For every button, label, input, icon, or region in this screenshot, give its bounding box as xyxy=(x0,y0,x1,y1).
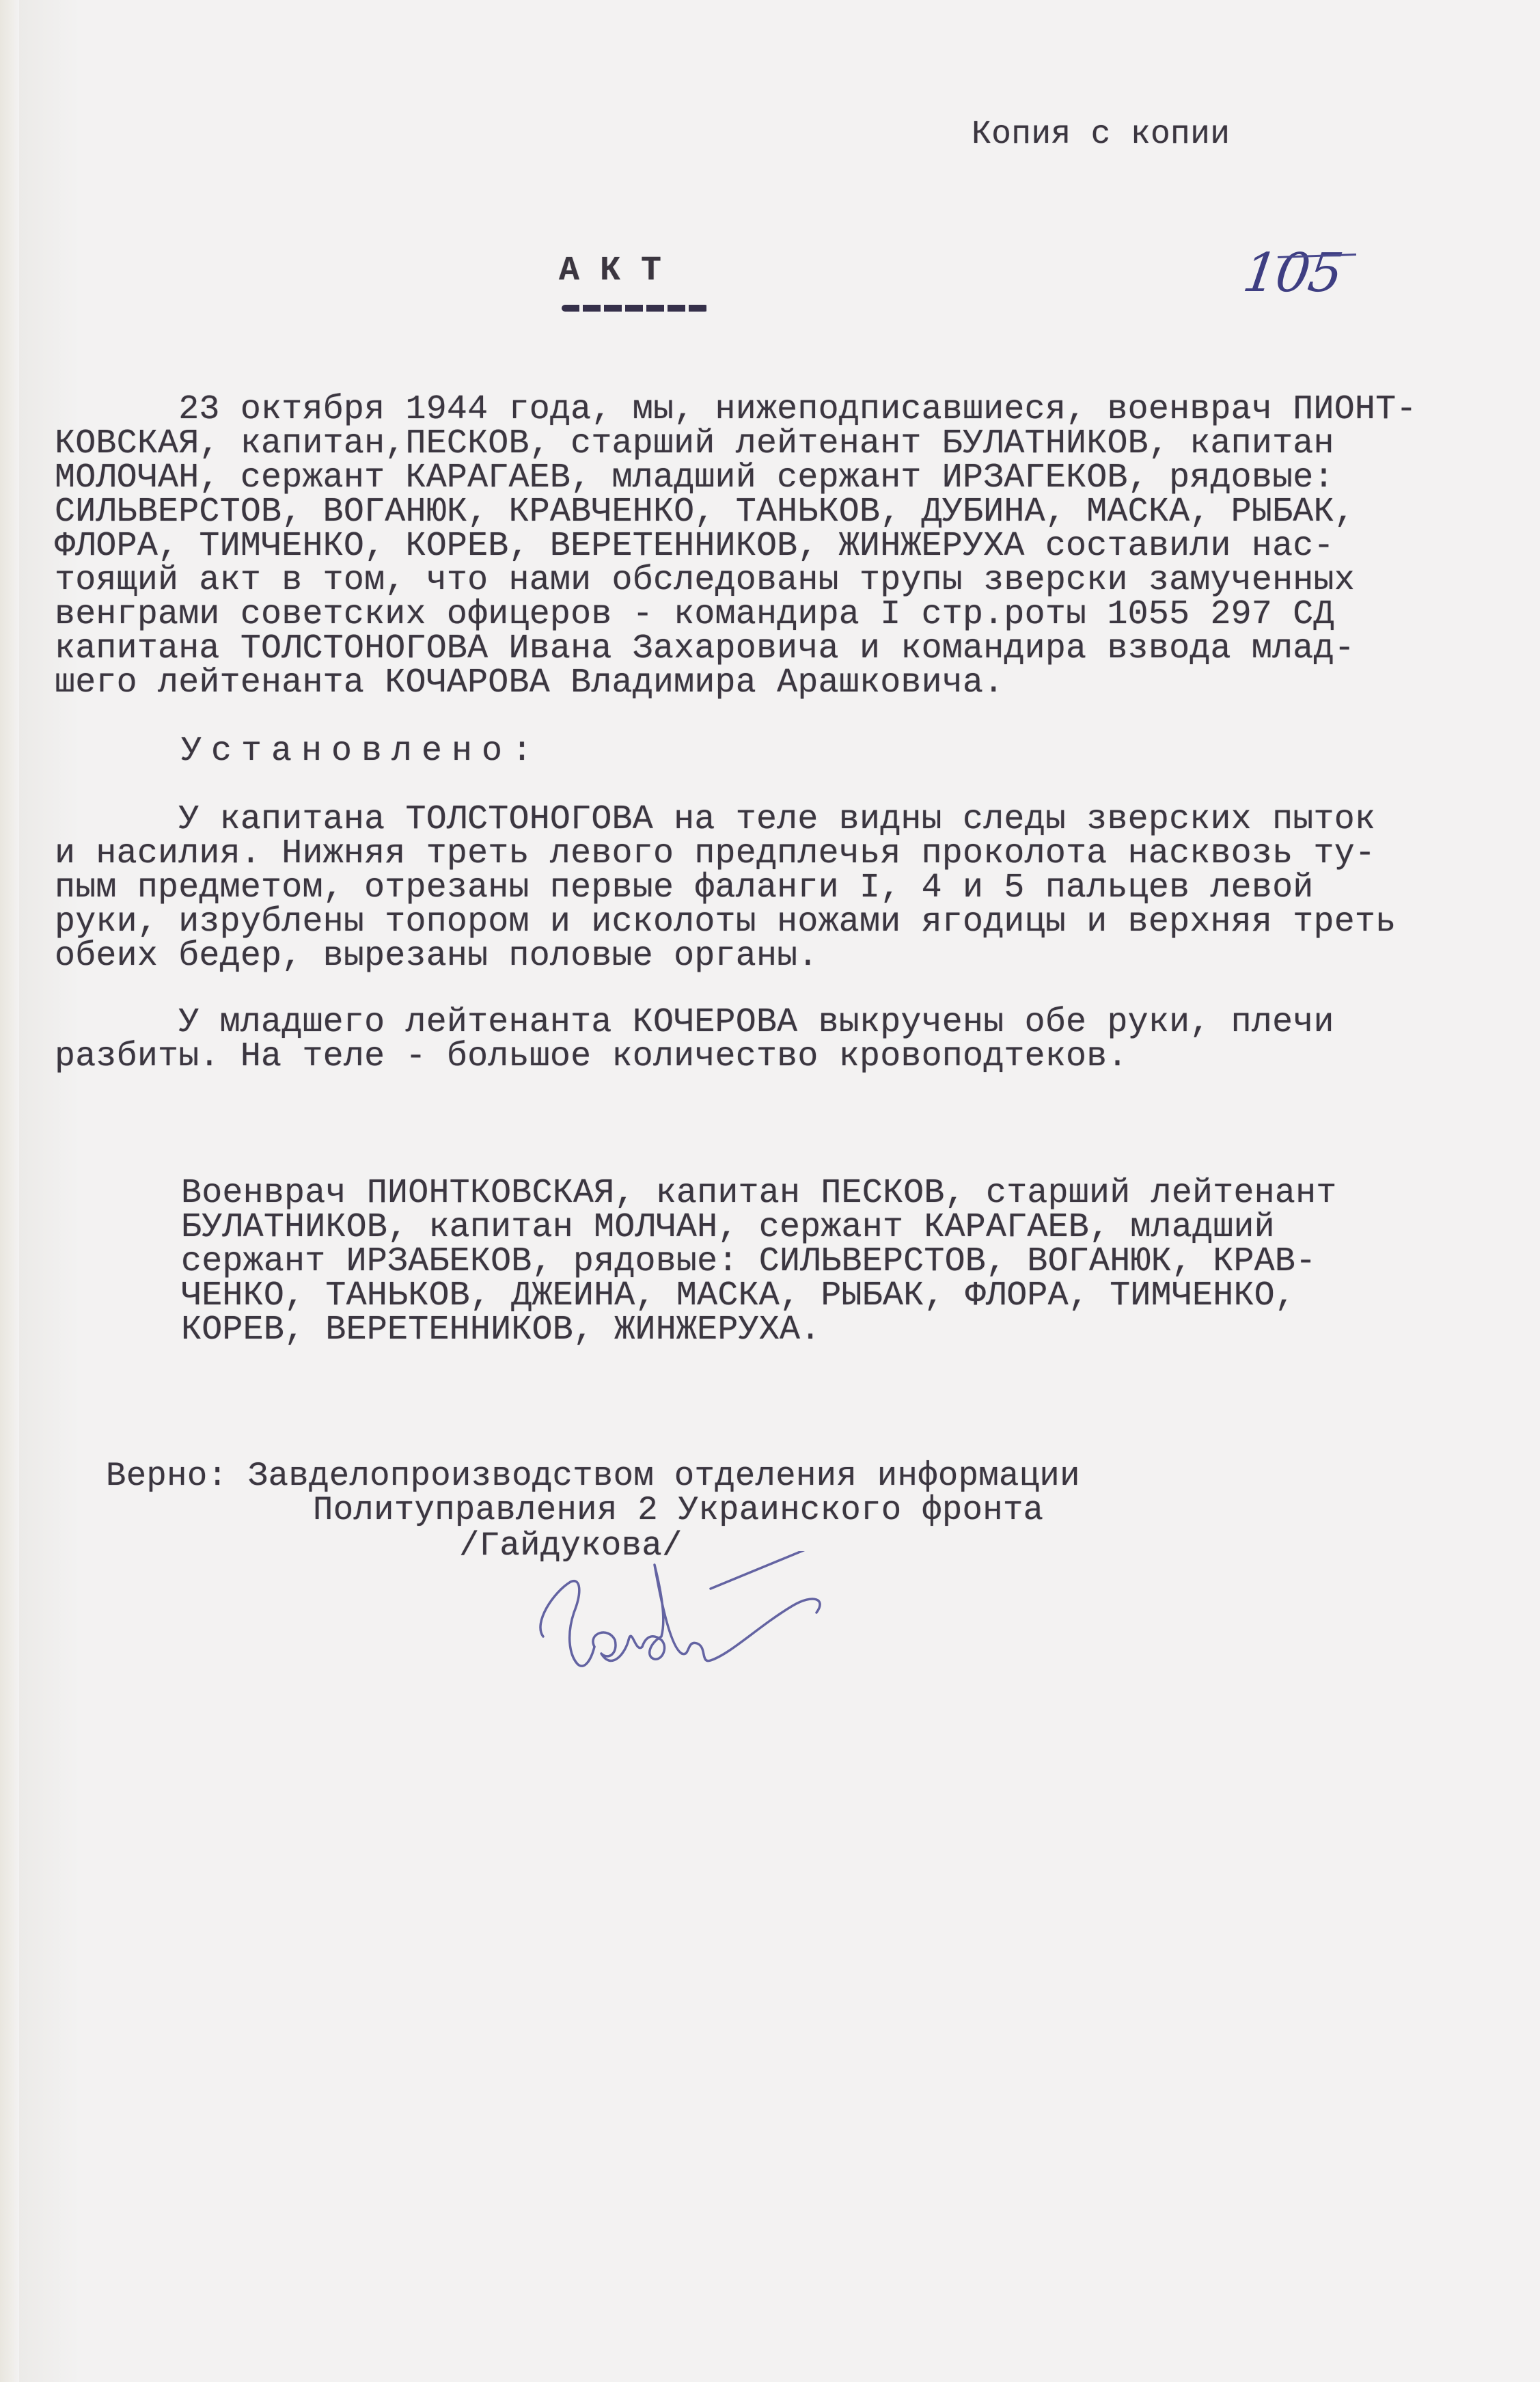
text-line: обеих бедер, вырезаны половые органы. xyxy=(55,940,1476,974)
text-line: капитана ТОЛСТОНОГОВА Ивана Захаровича и… xyxy=(55,632,1476,666)
text-line: БУЛАТНИКОВ, капитан МОЛЧАН, сержант КАРА… xyxy=(181,1211,1540,1245)
signatories-list: Военврач ПИОНТКОВСКАЯ, капитан ПЕСКОВ, с… xyxy=(181,1177,1540,1347)
text-line: Военврач ПИОНТКОВСКАЯ, капитан ПЕСКОВ, с… xyxy=(181,1177,1540,1211)
certification-line: Верно: Завделопроизводством отделения ин… xyxy=(106,1459,1080,1493)
handwritten-page-number: 105 xyxy=(1239,243,1346,304)
text-line: ФЛОРА, ТИМЧЕНКО, КОРЕВ, ВЕРЕТЕННИКОВ, ЖИ… xyxy=(55,530,1476,564)
paragraph-findings-lieutenant: У младшего лейтенанта КОЧЕРОВА выкручены… xyxy=(55,1006,1476,1074)
text-line: КОРЕВ, ВЕРЕТЕННИКОВ, ЖИНЖЕРУХА. xyxy=(181,1313,1540,1347)
handwritten-signature-icon xyxy=(506,1551,943,1688)
document-title: А К Т xyxy=(559,254,661,288)
text-line: и насилия. Нижняя треть левого предплечь… xyxy=(55,837,1476,871)
paragraph-intro: 23 октября 1944 года, мы, нижеподписавши… xyxy=(55,393,1476,700)
text-line: тоящий акт в том, что нами обследованы т… xyxy=(55,564,1476,598)
paper-edge-shadow xyxy=(0,0,19,2382)
certification-department: Политуправления 2 Украинского фронта xyxy=(313,1493,1043,1527)
text-line: сержант ИРЗАБЕКОВ, рядовые: СИЛЬВЕРСТОВ,… xyxy=(181,1245,1540,1279)
text-line: КОВСКАЯ, капитан,ПЕСКОВ, старший лейтена… xyxy=(55,427,1476,461)
text-line: ЧЕНКО, ТАНЬКОВ, ДЖЕИНА, МАСКА, РЫБАК, ФЛ… xyxy=(181,1279,1540,1313)
text-line: МОЛОЧАН, сержант КАРАГАЕВ, младший сержа… xyxy=(55,461,1476,495)
text-line: шего лейтенанта КОЧАРОВА Владимира Арашк… xyxy=(55,666,1476,700)
text-line: У младшего лейтенанта КОЧЕРОВА выкручены… xyxy=(55,1006,1476,1040)
text-line: СИЛЬВЕРСТОВ, ВОГАНЮК, КРАВЧЕНКО, ТАНЬКОВ… xyxy=(55,495,1476,530)
title-underline xyxy=(562,305,709,312)
paragraph-findings-captain: У капитана ТОЛСТОНОГОВА на теле видны сл… xyxy=(55,803,1476,974)
copy-mark: Копия с копии xyxy=(972,118,1230,152)
text-line: пым предметом, отрезаны первые фаланги I… xyxy=(55,871,1476,905)
paper-edge-fade xyxy=(19,0,81,2382)
text-line: У капитана ТОЛСТОНОГОВА на теле видны сл… xyxy=(55,803,1476,837)
text-line: 23 октября 1944 года, мы, нижеподписавши… xyxy=(55,393,1476,427)
text-line: руки, изрублены топором и исколоты ножам… xyxy=(55,905,1476,940)
established-heading: Установлено: xyxy=(181,735,542,769)
text-line: венграми советских офицеров - командира … xyxy=(55,598,1476,632)
text-line: разбиты. На теле - большое количество кр… xyxy=(55,1040,1476,1074)
